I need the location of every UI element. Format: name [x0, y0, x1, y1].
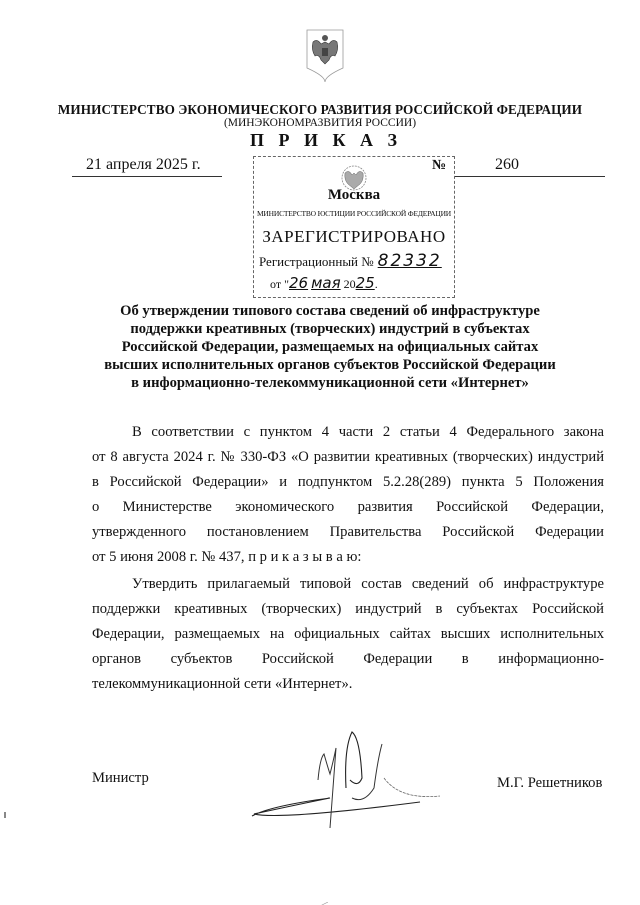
- stamp-reg-number-value: 82332: [378, 251, 442, 271]
- order-number-text: 260: [455, 156, 519, 173]
- order-date-text: 21 апреля 2025 г.: [72, 156, 201, 173]
- order-date: 21 апреля 2025 г.: [72, 156, 222, 177]
- registration-stamp: Москва МИНИСТЕРСТВО ЮСТИЦИИ РОССИЙСКОЙ Ф…: [253, 156, 455, 298]
- scan-artifact: [320, 893, 328, 897]
- heading-line: поддержки креативных (творческих) индуст…: [100, 320, 560, 338]
- signer-name: М.Г. Решетников: [497, 775, 602, 792]
- stamp-ministry: МИНИСТЕРСТВО ЮСТИЦИИ РОССИЙСКОЙ ФЕДЕРАЦИ…: [254, 209, 454, 218]
- stamp-date-day: 26: [289, 274, 308, 292]
- stamp-date-year-suffix: 25: [356, 274, 375, 292]
- handwritten-signature-icon: [240, 718, 480, 828]
- stamp-city: Москва: [254, 187, 454, 204]
- stamp-date-month: мая: [311, 274, 341, 292]
- paragraph-line: Утвердить прилагаемый типовой состав све…: [92, 572, 604, 597]
- heading-line: в информационно-телекоммуникационной сет…: [100, 374, 560, 392]
- paragraph-line: органов субъектов Российской Федерации в…: [92, 647, 604, 672]
- paragraph-line: поддержки креативных (творческих) индуст…: [92, 597, 604, 622]
- paragraph-line: утвержденного постановлением Правительст…: [92, 520, 604, 545]
- paragraph-line: от 5 июня 2008 г. № 437, п р и к а з ы в…: [92, 545, 604, 570]
- stamp-reg-number: Регистрационный №82332: [259, 251, 442, 271]
- stamp-date-year-prefix: 20: [344, 277, 356, 291]
- document-heading: Об утверждении типового состава сведений…: [100, 302, 560, 392]
- stamp-reg-number-label: Регистрационный №: [259, 254, 374, 269]
- paragraph-line: в Российской Федерации» и подпунктом 5.2…: [92, 470, 604, 495]
- heading-line: Об утверждении типового состава сведений…: [100, 302, 560, 320]
- paragraph-line: В соответствии с пунктом 4 части 2 стать…: [92, 420, 604, 445]
- stamp-status: ЗАРЕГИСТРИРОВАНО: [254, 227, 454, 247]
- stamp-date: от "26 мая 2025.: [270, 274, 378, 292]
- signer-title: Министр: [92, 770, 149, 787]
- body-paragraph-2: Утвердить прилагаемый типовой состав све…: [92, 572, 604, 697]
- paragraph-line: о Министерстве экономического развития Р…: [92, 495, 604, 520]
- paragraph-line: телекоммуникационной сети «Интернет».: [92, 672, 604, 697]
- heading-line: Российской Федерации, размещаемых на офи…: [100, 338, 560, 356]
- paragraph-line: от 8 августа 2024 г. № 330-ФЗ «О развити…: [92, 445, 604, 470]
- order-number: 260: [455, 156, 605, 177]
- ministry-short-name: (МИНЭКОНОМРАЗВИТИЯ РОССИИ): [0, 117, 640, 129]
- coat-of-arms-icon: [305, 28, 345, 84]
- body-paragraph-1: В соответствии с пунктом 4 части 2 стать…: [92, 420, 604, 570]
- document-type: П Р И К А З: [0, 130, 640, 151]
- scan-margin-mark: [4, 812, 6, 818]
- heading-line: высших исполнительных органов субъектов …: [100, 356, 560, 374]
- stamp-date-prefix: от ": [270, 277, 289, 291]
- ministry-name: МИНИСТЕРСТВО ЭКОНОМИЧЕСКОГО РАЗВИТИЯ РОС…: [0, 102, 640, 118]
- paragraph-line: Федерации, размещаемых на официальных са…: [92, 622, 604, 647]
- stamp-date-end: .: [375, 277, 378, 291]
